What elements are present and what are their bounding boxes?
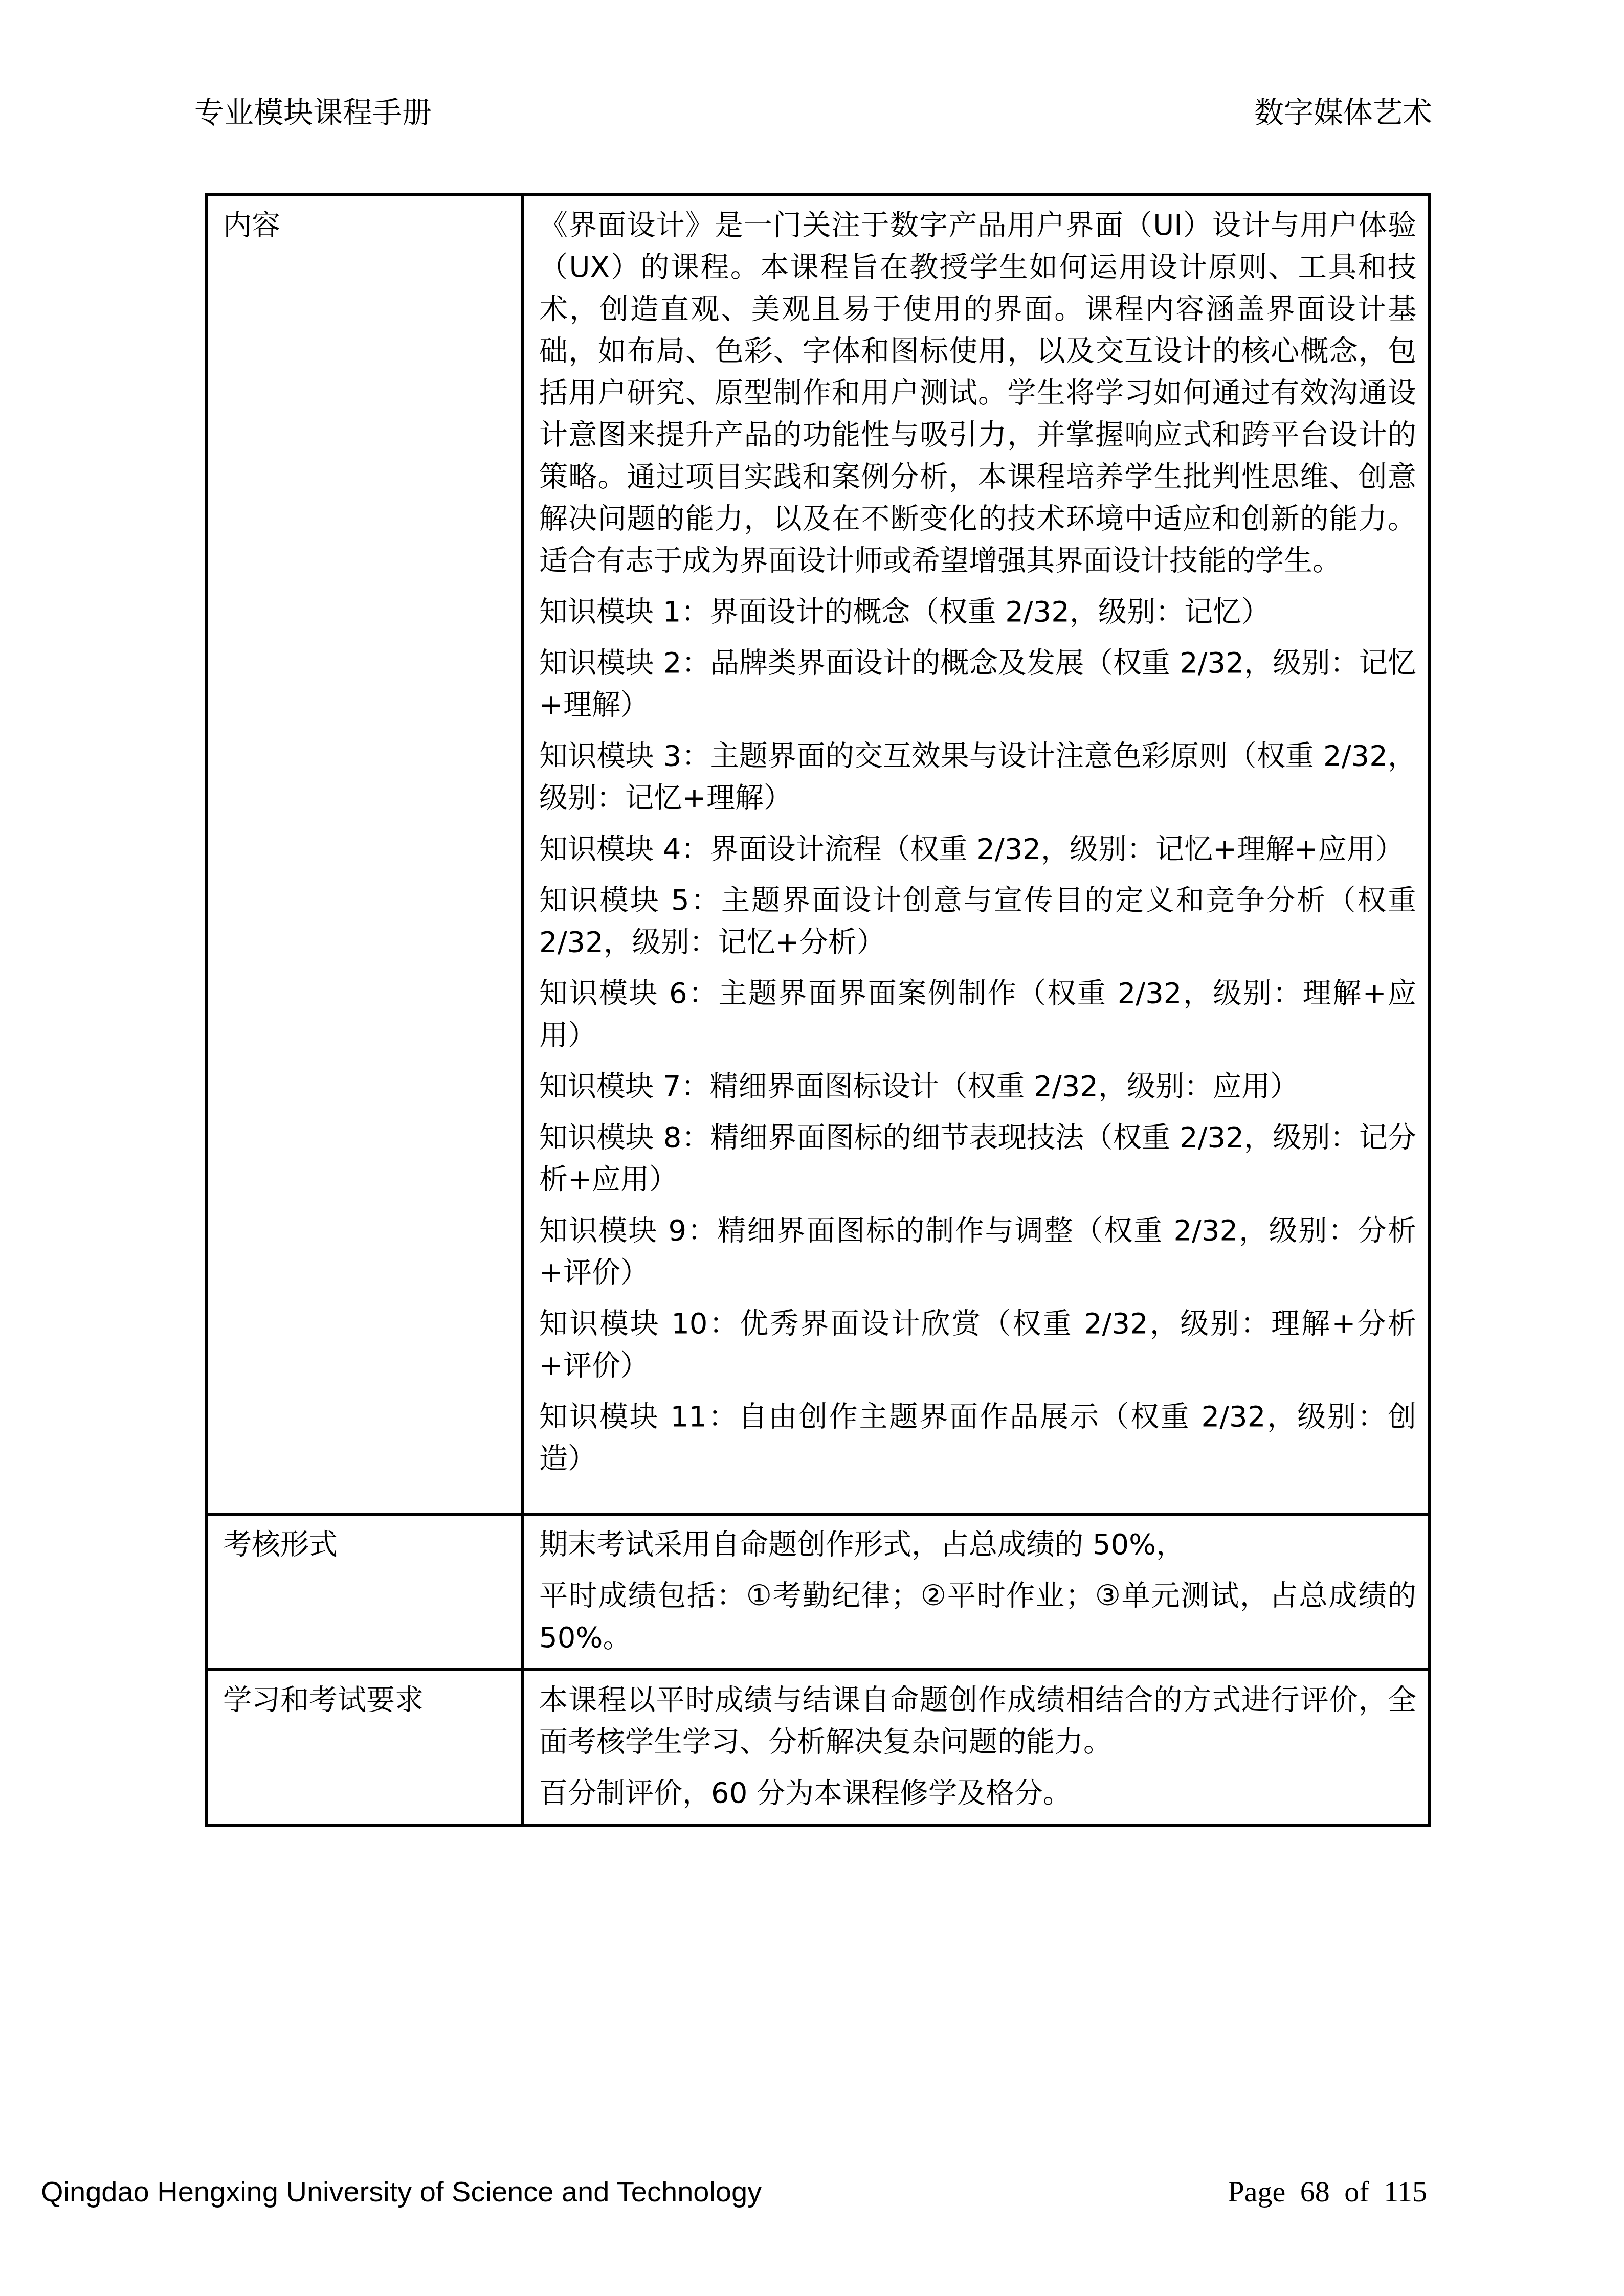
knowledge-module-4: 知识模块 4：界面设计流程（权重 2/32，级别：记忆+理解+应用）: [539, 828, 1416, 870]
passing-score-text: 百分制评价，60 分为本课程修学及格分。: [539, 1772, 1416, 1814]
knowledge-module-8: 知识模块 8：精细界面图标的细节表现技法（权重 2/32，级别：记分析+应用）: [539, 1117, 1416, 1201]
page-header: 专业模块课程手册 数字媒体艺术: [194, 92, 1432, 133]
knowledge-module-7: 知识模块 7：精细界面图标设计（权重 2/32，级别：应用）: [539, 1066, 1416, 1108]
row-label-text: 考核形式: [223, 1528, 338, 1561]
row-value-requirements: 本课程以平时成绩与结课自命题创作成绩相结合的方式进行评价，全面考核学生学习、分析…: [522, 1670, 1429, 1825]
major-title: 数字媒体艺术: [1254, 92, 1432, 133]
page-number: Page 68 of 115: [1228, 2174, 1427, 2209]
page-of: of: [1344, 2175, 1369, 2208]
evaluation-method-text: 本课程以平时成绩与结课自命题创作成绩相结合的方式进行评价，全面考核学生学习、分析…: [539, 1679, 1416, 1763]
row-label-text: 内容: [223, 209, 280, 242]
row-value-assessment: 期末考试采用自命题创作形式，占总成绩的 50%， 平时成绩包括：①考勤纪律；②平…: [522, 1514, 1429, 1670]
handbook-title: 专业模块课程手册: [194, 92, 432, 133]
table-row-requirements: 学习和考试要求 本课程以平时成绩与结课自命题创作成绩相结合的方式进行评价，全面考…: [206, 1670, 1429, 1825]
knowledge-module-1: 知识模块 1：界面设计的概念（权重 2/32，级别：记忆）: [539, 591, 1416, 633]
page-current: 68: [1300, 2175, 1330, 2208]
course-module-table: 内容 《界面设计》是一门关注于数字产品用户界面（UI）设计与用户体验（UX）的课…: [205, 193, 1431, 1827]
row-label-assessment: 考核形式: [206, 1514, 522, 1670]
row-label-text: 学习和考试要求: [223, 1683, 424, 1717]
knowledge-module-5: 知识模块 5：主题界面设计创意与宣传目的定义和竞争分析（权重 2/32，级别：记…: [539, 880, 1416, 963]
table-row-assessment: 考核形式 期末考试采用自命题创作形式，占总成绩的 50%， 平时成绩包括：①考勤…: [206, 1514, 1429, 1670]
institution-name: Qingdao Hengxing University of Science a…: [41, 2175, 762, 2208]
knowledge-module-6: 知识模块 6：主题界面界面案例制作（权重 2/32，级别：理解+应用）: [539, 973, 1416, 1056]
table-row-content: 内容 《界面设计》是一门关注于数字产品用户界面（UI）设计与用户体验（UX）的课…: [206, 195, 1429, 1514]
knowledge-module-10: 知识模块 10：优秀界面设计欣赏（权重 2/32，级别：理解+分析+评价）: [539, 1303, 1416, 1387]
page-footer: Qingdao Hengxing University of Science a…: [41, 2168, 1427, 2214]
knowledge-module-9: 知识模块 9：精细界面图标的制作与调整（权重 2/32，级别：分析+评价）: [539, 1210, 1416, 1294]
row-label-content: 内容: [206, 195, 522, 1514]
page-total: 115: [1384, 2175, 1427, 2208]
knowledge-module-11: 知识模块 11：自由创作主题界面作品展示（权重 2/32，级别：创造）: [539, 1396, 1416, 1480]
regular-grade-text: 平时成绩包括：①考勤纪律；②平时作业；③单元测试，占总成绩的 50%。: [539, 1575, 1416, 1659]
row-value-content: 《界面设计》是一门关注于数字产品用户界面（UI）设计与用户体验（UX）的课程。本…: [522, 195, 1429, 1514]
knowledge-module-2: 知识模块 2：品牌类界面设计的概念及发展（权重 2/32，级别：记忆+理解）: [539, 642, 1416, 726]
row-label-requirements: 学习和考试要求: [206, 1670, 522, 1825]
page-label: Page: [1228, 2175, 1286, 2208]
final-exam-text: 期末考试采用自命题创作形式，占总成绩的 50%，: [539, 1524, 1416, 1566]
course-description: 《界面设计》是一门关注于数字产品用户界面（UI）设计与用户体验（UX）的课程。本…: [539, 205, 1416, 582]
knowledge-module-3: 知识模块 3：主题界面的交互效果与设计注意色彩原则（权重 2/32，级别：记忆+…: [539, 735, 1416, 819]
